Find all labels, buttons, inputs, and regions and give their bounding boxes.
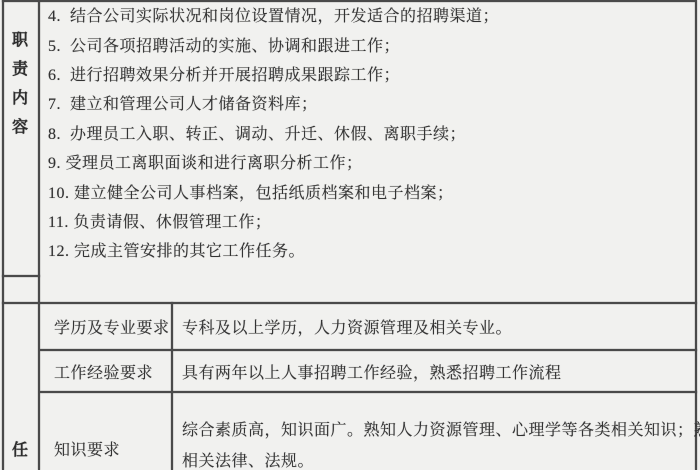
- requirements-vertical-header-partial: 任: [2, 443, 38, 459]
- duty-header-char: 职: [12, 33, 28, 49]
- duty-item: 6. 进行招聘效果分析并开展招聘成果跟踪工作；: [48, 59, 683, 88]
- table-border-right: [695, 0, 697, 470]
- requirements-header-char: 任: [12, 442, 28, 459]
- duty-item: 11. 负责请假、休假管理工作；: [48, 206, 683, 235]
- duty-item: 12. 完成主管安排的其它工作任务。: [48, 235, 683, 264]
- education-requirement-label: 学历及专业要求: [40, 304, 171, 349]
- duty-item: 8. 办理员工入职、转正、调动、升迁、休假、离职手续；: [48, 118, 683, 147]
- duty-content-vertical-header: 职 责 内 容: [2, 33, 38, 136]
- duty-item: 9. 受理员工离职面谈和进行离职分析工作；: [48, 147, 683, 176]
- experience-requirement-label: 工作经验要求: [40, 351, 171, 391]
- duty-header-char: 容: [12, 120, 28, 136]
- experience-requirement-content: 具有两年以上人事招聘工作经验，熟悉招聘工作流程: [182, 351, 692, 391]
- duty-item: 5. 公司各项招聘活动的实施、协调和跟进工作；: [48, 29, 683, 58]
- knowledge-requirement-content-line2: 相关法律、法规。: [182, 453, 314, 470]
- requirements-label-column-divider: [171, 302, 173, 470]
- duty-item: 7. 建立和管理公司人才储备资料库；: [48, 88, 683, 117]
- duty-item: 4. 结合公司实际状况和岗位设置情况，开发适合的招聘渠道；: [48, 0, 683, 29]
- duty-header-char: 责: [12, 62, 28, 78]
- duty-label-cell-bottom-border: [2, 275, 40, 277]
- knowledge-requirement-label: 知识要求: [40, 439, 171, 457]
- scanned-job-description-document: 职 责 内 容 任 4. 结合公司实际状况和岗位设置情况，开发适合的招聘渠道； …: [0, 0, 700, 470]
- table-header-column-divider: [38, 0, 40, 470]
- education-requirement-content: 专科及以上学历，人力资源管理及相关专业。: [182, 304, 692, 349]
- duty-item: 10. 建立健全公司人事档案，包括纸质档案和电子档案；: [48, 176, 683, 205]
- duty-items-list: 4. 结合公司实际状况和岗位设置情况，开发适合的招聘渠道； 5. 公司各项招聘活…: [48, 0, 683, 265]
- duty-header-char: 内: [12, 91, 28, 107]
- knowledge-requirement-content-line1: 综合素质高，知识面广。熟知人力资源管理、心理学等各类相关知识；熟悉: [182, 422, 700, 440]
- requirements-row2-divider: [40, 391, 697, 393]
